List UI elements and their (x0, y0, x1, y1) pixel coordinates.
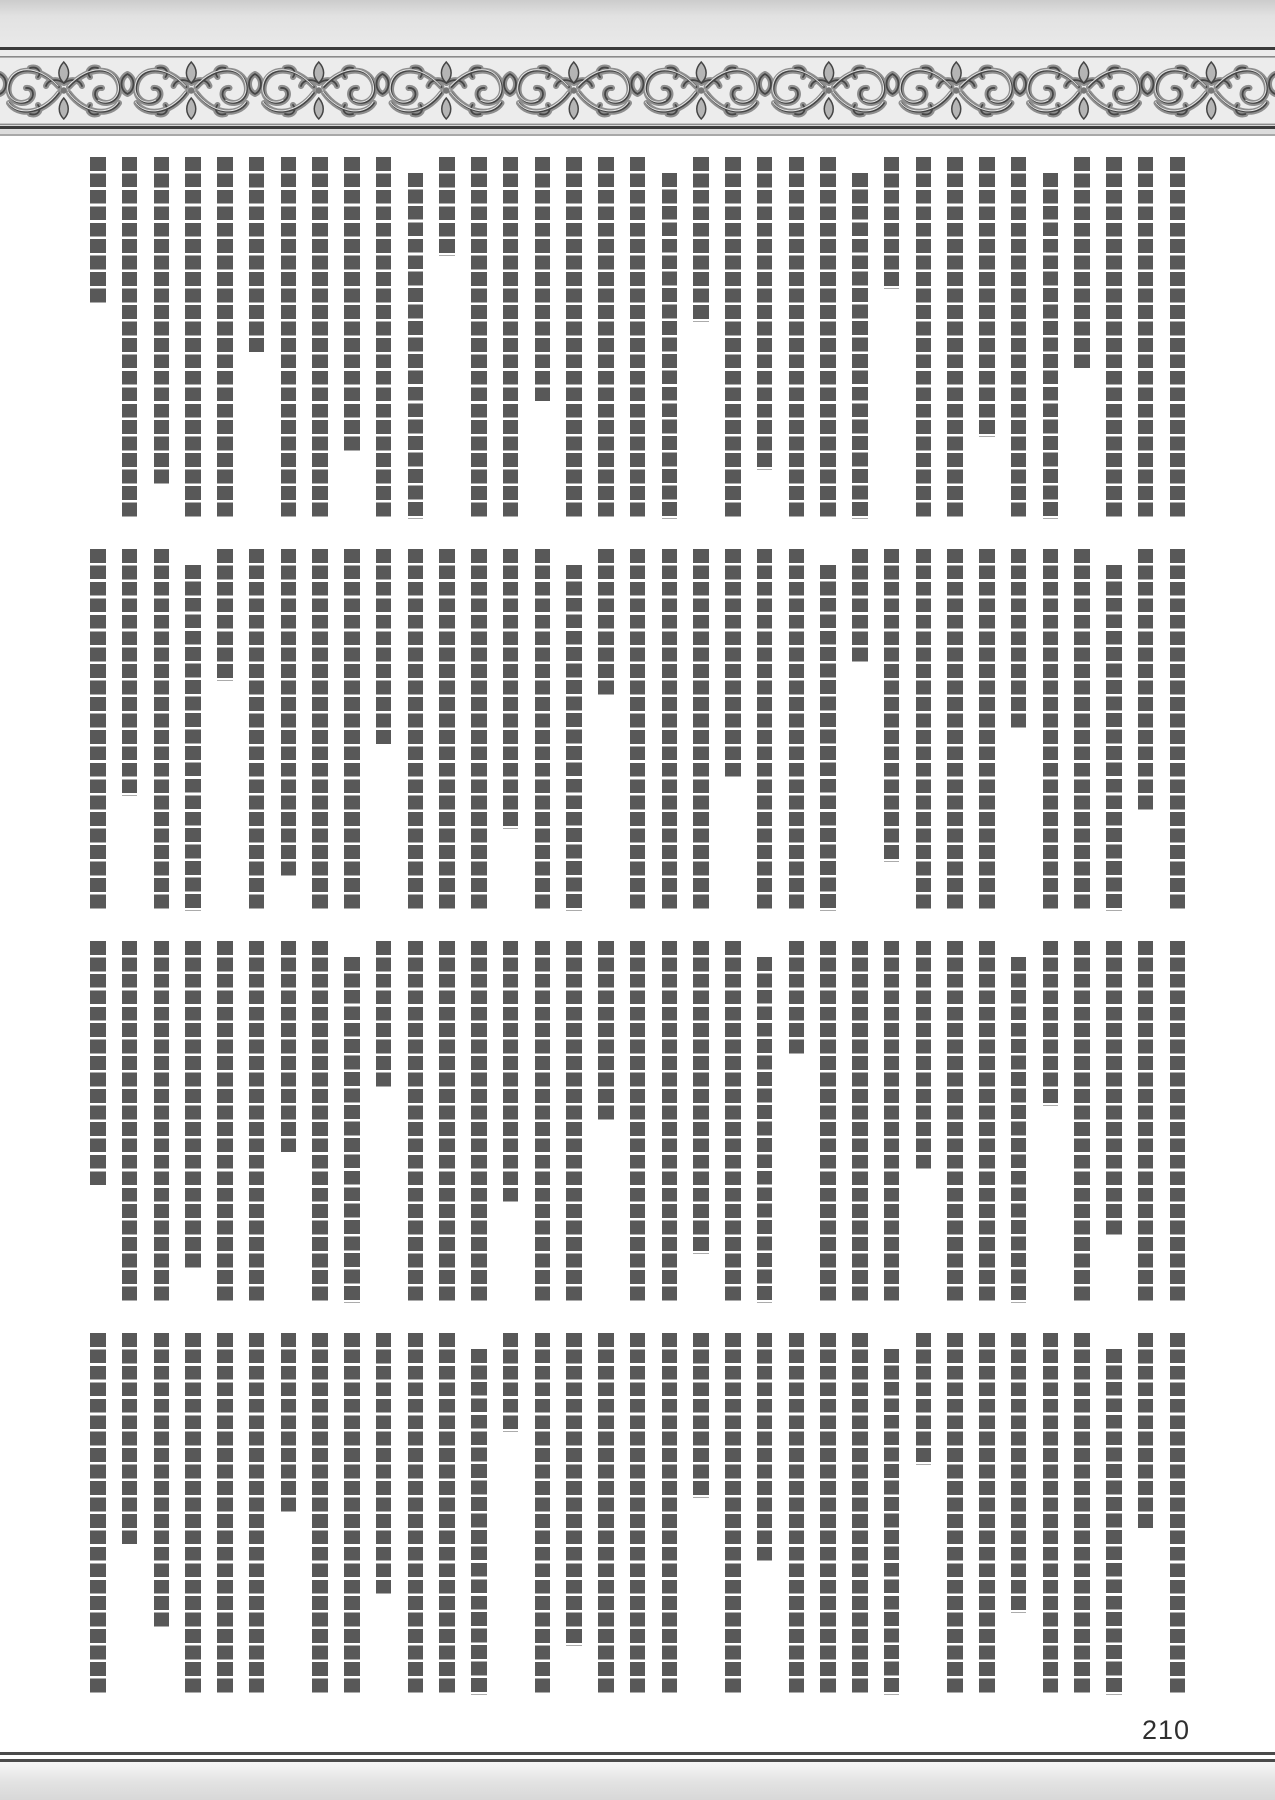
redacted-text-column (249, 157, 265, 354)
redacted-text-column (312, 157, 328, 519)
redacted-text-column (789, 941, 805, 1056)
redacted-text-column (630, 157, 646, 519)
redacted-text-column (122, 157, 138, 519)
redacted-text-column (852, 173, 868, 518)
redacted-text-column (598, 1333, 614, 1695)
redacted-text-column (376, 1333, 392, 1596)
redacted-text-column (439, 549, 455, 911)
redacted-text-column (979, 157, 995, 437)
redacted-text-column (947, 941, 963, 1303)
redacted-text-column (90, 941, 106, 1188)
redacted-text-column (1011, 1333, 1027, 1613)
redacted-text-column (566, 565, 582, 910)
redacted-text-column (344, 549, 360, 911)
footer-double-rule-top (0, 1752, 1275, 1755)
redacted-text-column (185, 941, 201, 1270)
redacted-text-column (1138, 941, 1154, 1303)
redacted-text-column (312, 549, 328, 911)
redacted-text-column (281, 1333, 297, 1514)
redacted-text-column (1043, 941, 1059, 1106)
redacted-text-column (979, 941, 995, 1303)
redacted-text-column (503, 157, 519, 519)
redacted-text-column (1106, 565, 1122, 910)
redacted-text-column (281, 941, 297, 1155)
filigree-scroll-band-icon (0, 56, 1275, 126)
text-band-2 (90, 549, 1185, 911)
redacted-text-column (312, 941, 328, 1303)
redacted-text-column (630, 941, 646, 1303)
redacted-text-column (471, 941, 487, 1303)
redacted-text-column (979, 549, 995, 911)
redacted-text-column (757, 157, 773, 470)
redacted-text-column (693, 549, 709, 911)
redacted-text-column (1170, 941, 1186, 1303)
redacted-text-column (217, 157, 233, 519)
redacted-text-column (693, 941, 709, 1254)
redacted-text-column (916, 1333, 932, 1465)
redacted-text-column (408, 173, 424, 518)
redacted-text-column (1074, 1333, 1090, 1695)
redacted-text-column (1074, 157, 1090, 371)
redacted-text-column (820, 1333, 836, 1695)
redacted-text-column (503, 941, 519, 1204)
redacted-text-column (725, 941, 741, 1303)
redacted-text-column (1138, 549, 1154, 812)
redacted-text-column (1138, 157, 1154, 519)
redacted-text-column (916, 549, 932, 911)
redacted-text-column (408, 941, 424, 1303)
redacted-text-column (757, 957, 773, 1302)
redacted-text-column (820, 941, 836, 1303)
text-band-3 (90, 941, 1185, 1303)
redacted-text-column (1043, 549, 1059, 911)
redacted-text-column (789, 1333, 805, 1695)
redacted-text-column (1106, 157, 1122, 519)
text-band-1 (90, 157, 1185, 519)
redacted-text-column (725, 1333, 741, 1695)
redacted-text-column (1074, 941, 1090, 1303)
redacted-text-column (1170, 549, 1186, 911)
redacted-text-column (344, 957, 360, 1302)
redacted-text-column (281, 549, 297, 878)
redacted-text-column (90, 549, 106, 911)
redacted-text-column (408, 1333, 424, 1695)
redacted-text-column (122, 1333, 138, 1547)
book-page: 210 (0, 0, 1275, 1800)
redacted-text-column (185, 157, 201, 519)
redacted-text-column (90, 157, 106, 305)
redacted-text-column (122, 549, 138, 796)
redacted-text-column (535, 157, 551, 404)
redacted-text-column (947, 1333, 963, 1695)
redacted-text-column (566, 941, 582, 1303)
redacted-text-column (1043, 1333, 1059, 1695)
redacted-text-column (122, 941, 138, 1303)
redacted-text-column (185, 565, 201, 910)
redacted-text-column (249, 1333, 265, 1695)
redacted-text-column (344, 1333, 360, 1695)
redacted-text-column (947, 549, 963, 911)
redacted-text-column (662, 173, 678, 518)
redacted-text-column (1106, 941, 1122, 1237)
redacted-text-column (852, 549, 868, 664)
redacted-text-column (535, 941, 551, 1303)
redacted-text-column (662, 941, 678, 1303)
redacted-text-column (154, 157, 170, 486)
redacted-text-column (662, 549, 678, 911)
redacted-text-column (503, 549, 519, 829)
redacted-text-column (535, 1333, 551, 1695)
redacted-text-column (376, 941, 392, 1089)
redacted-text-column (725, 157, 741, 519)
redacted-text-column (154, 1333, 170, 1629)
redacted-text-column (884, 941, 900, 1303)
redacted-text-column (852, 941, 868, 1303)
page-number: 210 (1142, 1717, 1184, 1744)
redacted-text-column (884, 1349, 900, 1694)
redacted-text-column (789, 157, 805, 519)
redacted-text-column (725, 549, 741, 779)
redacted-text-column (154, 941, 170, 1303)
redacted-text-column (185, 1333, 201, 1695)
redacted-text-column (979, 1333, 995, 1695)
redacted-text-column (566, 157, 582, 519)
redacted-text-column (471, 549, 487, 911)
redacted-text-column (471, 157, 487, 519)
redacted-text-column (916, 157, 932, 519)
redacted-text-column (503, 1333, 519, 1432)
redacted-text-column (566, 1333, 582, 1646)
redacted-text-column (693, 1333, 709, 1498)
redacted-text-column (820, 157, 836, 519)
redacted-text-column (947, 157, 963, 519)
redacted-text-column (439, 941, 455, 1303)
redacted-text-column (1011, 549, 1027, 730)
redacted-text-column (662, 1333, 678, 1695)
redacted-text-column (471, 1349, 487, 1694)
redacted-text-column (852, 1333, 868, 1695)
redacted-text-column (884, 549, 900, 862)
redacted-text-column (1170, 157, 1186, 519)
redacted-text-column (693, 157, 709, 322)
redacted-text-column (376, 157, 392, 519)
redacted-text-column (789, 549, 805, 911)
redacted-text-column (630, 549, 646, 911)
redacted-text-column (439, 157, 455, 256)
redacted-text-column (1106, 1349, 1122, 1694)
redacted-text-column (281, 157, 297, 519)
redacted-text-column (535, 549, 551, 911)
redacted-text-column (154, 549, 170, 911)
redacted-text-column (217, 1333, 233, 1695)
redacted-text-column (630, 1333, 646, 1695)
redacted-text-column (249, 941, 265, 1303)
redacted-text-column (1074, 549, 1090, 911)
redacted-text-column (598, 941, 614, 1122)
ornament-border (0, 47, 1275, 136)
bottom-margin-band (0, 1762, 1275, 1800)
redacted-text-column (757, 1333, 773, 1563)
redacted-text-column (1011, 957, 1027, 1302)
redacted-text-column (217, 941, 233, 1303)
redacted-text-column (249, 549, 265, 911)
redacted-text-column (217, 549, 233, 681)
redacted-text-column (916, 941, 932, 1171)
redacted-text-column (1043, 173, 1059, 518)
redacted-text-column (1138, 1333, 1154, 1530)
redacted-text-column (376, 549, 392, 746)
redacted-text-column (820, 565, 836, 910)
redacted-text-column (344, 157, 360, 453)
redacted-text-column (90, 1333, 106, 1695)
redacted-text-column (439, 1333, 455, 1695)
thin-separator-line (0, 134, 1275, 136)
top-margin-band (0, 0, 1275, 47)
redacted-text-column (312, 1333, 328, 1695)
text-band-4 (90, 1333, 1185, 1695)
redacted-text-column (757, 549, 773, 911)
redacted-text-column (598, 549, 614, 697)
redacted-text-column (408, 549, 424, 911)
redacted-text-column (1011, 157, 1027, 519)
redacted-text-column (598, 157, 614, 519)
redacted-text-column (884, 157, 900, 289)
redacted-text-column (1170, 1333, 1186, 1695)
